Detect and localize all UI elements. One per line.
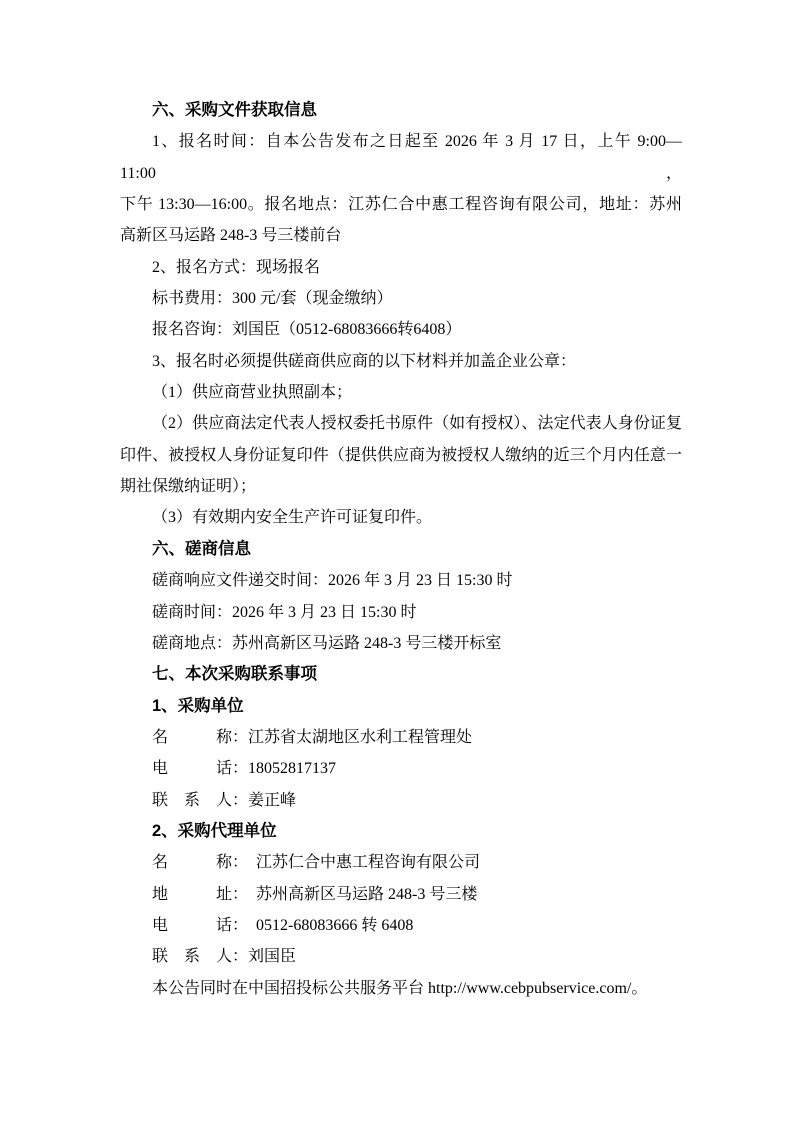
heading-line: 2、采购代理单位: [120, 816, 682, 847]
document-content: 六、采购文件获取信息1、报名时间：自本公告发布之日起至 2026 年 3 月 1…: [120, 95, 682, 1004]
text-line: 磋商时间：2026 年 3 月 23 日 15:30 时: [120, 597, 682, 628]
section-heading-contact-matters: 七、本次采购联系事项: [120, 659, 682, 690]
text-line: （2）供应商法定代表人授权委托书原件（如有授权）、法定代表人身份证复: [120, 408, 682, 439]
subheading-agency: 2、采购代理单位: [120, 816, 682, 847]
text-line: 联 系 人：姜正峰: [120, 785, 682, 816]
text-line: 下午 13:30—16:00。报名地点：江苏仁合中惠工程咨询有限公司，地址：苏州: [120, 189, 682, 220]
paragraph-document-fee: 标书费用：300 元/套（现金缴纳）: [120, 283, 682, 314]
text-line: 磋商地点：苏州高新区马运路 248-3 号三楼开标室: [120, 628, 682, 659]
paragraph-agency-name: 名 称： 江苏仁合中惠工程咨询有限公司: [120, 847, 682, 878]
paragraph-registration-time: 1、报名时间：自本公告发布之日起至 2026 年 3 月 17 日，上午 9:0…: [120, 126, 682, 251]
paragraph-platform-notice: 本公告同时在中国招投标公共服务平台 http://www.cebpubservi…: [120, 973, 682, 1004]
text-line: 报名咨询：刘国臣（0512-68083666转6408）: [120, 314, 682, 345]
document-page: 六、采购文件获取信息1、报名时间：自本公告发布之日起至 2026 年 3 月 1…: [0, 0, 800, 1131]
paragraph-purchaser-contact: 联 系 人：姜正峰: [120, 785, 682, 816]
text-line: 电 话： 0512-68083666 转 6408: [120, 910, 682, 941]
paragraph-negotiation-place: 磋商地点：苏州高新区马运路 248-3 号三楼开标室: [120, 628, 682, 659]
section-heading-negotiation-info: 六、磋商信息: [120, 534, 682, 565]
heading-line: 六、采购文件获取信息: [120, 95, 682, 126]
text-line: 2、报名方式：现场报名: [120, 252, 682, 283]
text-line: 3、报名时必须提供磋商供应商的以下材料并加盖企业公章：: [120, 346, 682, 377]
text-line: 磋商响应文件递交时间：2026 年 3 月 23 日 15:30 时: [120, 565, 682, 596]
section-heading-procurement-file-info: 六、采购文件获取信息: [120, 95, 682, 126]
paragraph-agency-phone: 电 话： 0512-68083666 转 6408: [120, 910, 682, 941]
text-line: 1、报名时间：自本公告发布之日起至 2026 年 3 月 17 日，上午 9:0…: [120, 126, 682, 189]
text-line: （1）供应商营业执照副本；: [120, 377, 682, 408]
heading-line: 七、本次采购联系事项: [120, 659, 682, 690]
text-line: 名 称： 江苏仁合中惠工程咨询有限公司: [120, 847, 682, 878]
paragraph-agency-contact: 联 系 人：刘国臣: [120, 941, 682, 972]
text-line: 期社保缴纳证明）；: [120, 471, 682, 502]
text-line: 本公告同时在中国招投标公共服务平台 http://www.cebpubservi…: [120, 973, 682, 1004]
text-line: 名 称：江苏省太湖地区水利工程管理处: [120, 722, 682, 753]
text-line: 标书费用：300 元/套（现金缴纳）: [120, 283, 682, 314]
paragraph-material-1: （1）供应商营业执照副本；: [120, 377, 682, 408]
paragraph-required-materials: 3、报名时必须提供磋商供应商的以下材料并加盖企业公章：: [120, 346, 682, 377]
paragraph-material-3: （3）有效期内安全生产许可证复印件。: [120, 502, 682, 533]
paragraph-agency-address: 地 址： 苏州高新区马运路 248-3 号三楼: [120, 879, 682, 910]
paragraph-registration-consult: 报名咨询：刘国臣（0512-68083666转6408）: [120, 314, 682, 345]
paragraph-material-2: （2）供应商法定代表人授权委托书原件（如有授权）、法定代表人身份证复印件、被授权…: [120, 408, 682, 502]
text-line: 高新区马运路 248-3 号三楼前台: [120, 220, 682, 251]
paragraph-negotiation-time: 磋商时间：2026 年 3 月 23 日 15:30 时: [120, 597, 682, 628]
text-line: 印件、被授权人身份证复印件（提供供应商为被授权人缴纳的近三个月内任意一: [120, 440, 682, 471]
text-line: 联 系 人：刘国臣: [120, 941, 682, 972]
paragraph-purchaser-phone: 电 话：18052817137: [120, 753, 682, 784]
heading-line: 1、采购单位: [120, 691, 682, 722]
paragraph-registration-method: 2、报名方式：现场报名: [120, 252, 682, 283]
subheading-purchaser: 1、采购单位: [120, 691, 682, 722]
text-line: 电 话：18052817137: [120, 753, 682, 784]
text-line: 地 址： 苏州高新区马运路 248-3 号三楼: [120, 879, 682, 910]
paragraph-response-deadline: 磋商响应文件递交时间：2026 年 3 月 23 日 15:30 时: [120, 565, 682, 596]
paragraph-purchaser-name: 名 称：江苏省太湖地区水利工程管理处: [120, 722, 682, 753]
heading-line: 六、磋商信息: [120, 534, 682, 565]
text-line: （3）有效期内安全生产许可证复印件。: [120, 502, 682, 533]
